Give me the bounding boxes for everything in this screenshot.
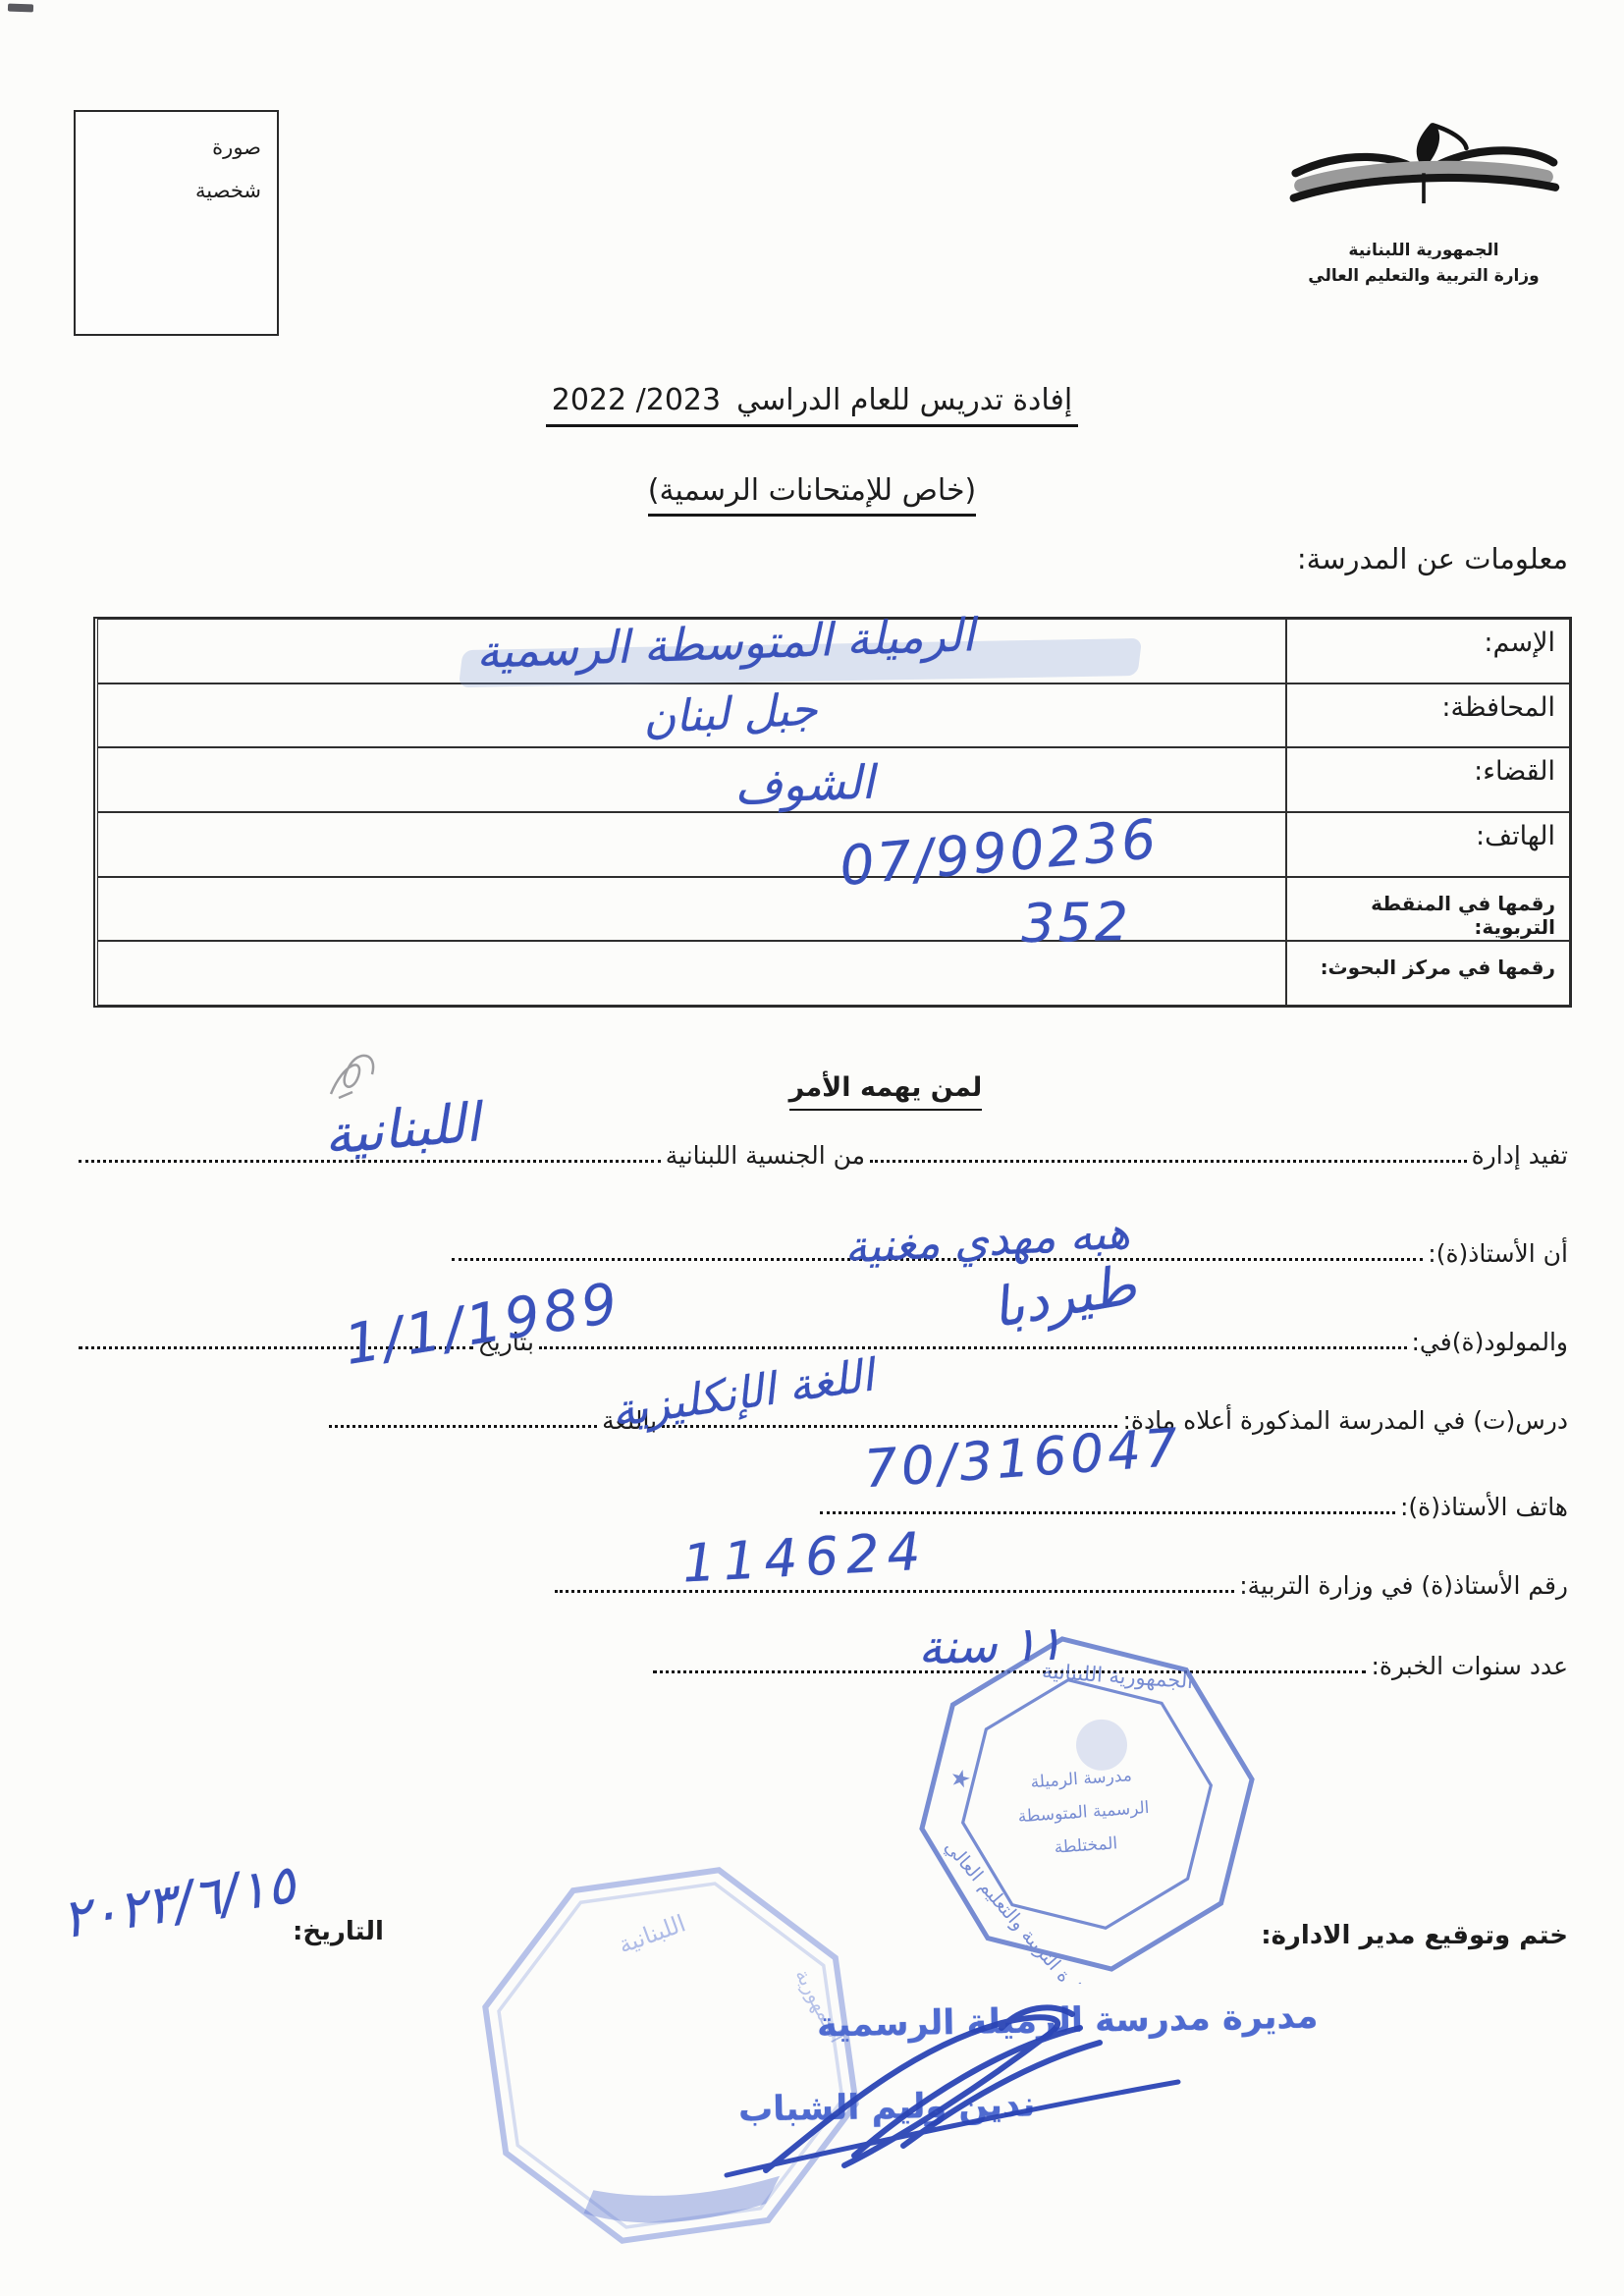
table-label-district: القضاء: [1286, 747, 1570, 812]
document-subtitle: (خاص للإمتحانات الرسمية) [648, 473, 976, 517]
photo-box-label-line1: صورة [91, 126, 261, 169]
faint-stamp-top-text: اللبنانية [615, 1909, 689, 1958]
dotted-leader [329, 1425, 597, 1428]
line5-label: هاتف الأستاذ(ة): [1400, 1493, 1568, 1524]
letter-line-subject: درس(ت) في المدرسة المذكورة أعلاه مادة: ب… [324, 1406, 1568, 1438]
letter-heading: لمن يهمه الأمر [789, 1072, 983, 1111]
table-label-name: الإسم: [1286, 619, 1570, 683]
table-label-research-center-number: رقمها في مركز البحوث: [1286, 941, 1570, 1006]
line1-label: تفيد إدارة [1472, 1141, 1568, 1173]
ministry-logo-book-icon [1281, 118, 1566, 234]
handwritten-governorate: جبل لبنان [642, 683, 819, 743]
document-title: إفادة تدريس للعام الدراسي 2022 /2023 [546, 383, 1078, 427]
document-title-row: إفادة تدريس للعام الدراسي 2022 /2023 [0, 383, 1624, 427]
logo-republic-text: الجمهورية اللبنانية [1272, 238, 1576, 263]
line6-label: رقم الأستاذ(ة) في وزارة التربية: [1239, 1571, 1568, 1603]
photo-placeholder-box: صورة شخصية [74, 110, 279, 336]
line1-mid-label: من الجنسية اللبنانية [666, 1141, 865, 1173]
dotted-leader [870, 1160, 1467, 1163]
line7-label: عدد سنوات الخبرة: [1371, 1652, 1568, 1683]
line2-label: أن الأستاذ(ة): [1428, 1239, 1568, 1271]
table-label-phone: الهاتف: [1286, 812, 1570, 877]
scanned-document-page: صورة شخصية الجمهورية اللبنانية وزارة الت… [0, 0, 1624, 2296]
handwritten-experience-years: ١١ سنة [917, 1615, 1063, 1675]
table-label-governorate: المحافظة: [1286, 683, 1570, 748]
stamp-inner-line3: المختلطة [1054, 1833, 1118, 1857]
line3-label: والمولود(ة)في: [1412, 1328, 1569, 1359]
photo-box-label-line2: شخصية [91, 169, 261, 212]
official-octagonal-stamp: الجمهورية اللبنانية وزارة التربية والتعل… [908, 1625, 1267, 1984]
ministry-logo: الجمهورية اللبنانية وزارة التربية والتعل… [1272, 118, 1576, 290]
letter-line-birth: والمولود(ة)في: بتاريخ [74, 1328, 1568, 1359]
document-subtitle-row: (خاص للإمتحانات الرسمية) [0, 473, 1624, 517]
stamp-signature-label: ختم وتوقيع مدير الادارة: [1261, 1921, 1568, 1950]
letter-line-teacher-phone: هاتف الأستاذ(ة): [815, 1493, 1568, 1524]
handwritten-date: ٢٠٢٣/٦/١٥ [58, 1853, 299, 1951]
table-label-edu-district-number: رقمها في المنقطة التربوية: [1286, 877, 1570, 942]
dotted-leader [555, 1590, 1234, 1593]
school-info-heading: معلومات عن المدرسة: [1297, 542, 1568, 575]
title-years: 2022 /2023 [552, 383, 721, 417]
handwritten-district: الشوف [733, 756, 875, 815]
handwritten-birth-date: 1/1/1989 [341, 1271, 625, 1378]
line4-label: درس(ت) في المدرسة المذكورة أعلاه مادة: [1122, 1406, 1568, 1438]
logo-ministry-text: وزارة التربية والتعليم العالي [1272, 263, 1576, 289]
title-arabic: إفادة تدريس للعام الدراسي [736, 383, 1072, 417]
director-signature [707, 1989, 1198, 2185]
handwritten-edu-district-number: 352 [1020, 891, 1131, 955]
dotted-leader [820, 1511, 1395, 1514]
stamp-inner-line1: مدرسة الرميلة [1030, 1766, 1132, 1792]
scan-artifact-mark [8, 4, 33, 13]
letter-line-nationality: تفيد إدارة من الجنسية اللبنانية [74, 1141, 1568, 1173]
dotted-leader [539, 1346, 1407, 1349]
handwritten-ministry-number: 114624 [681, 1521, 930, 1594]
date-label: التاريخ: [293, 1917, 384, 1946]
stamp-inner-line2: الرسمية المتوسطة [1017, 1798, 1150, 1827]
table-value-district-cell [97, 747, 1286, 812]
